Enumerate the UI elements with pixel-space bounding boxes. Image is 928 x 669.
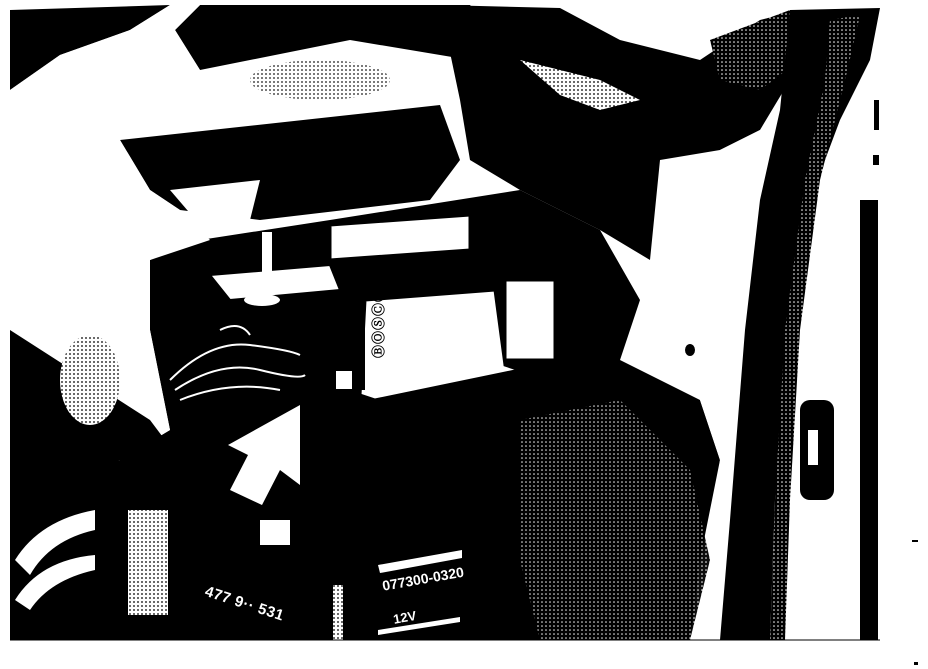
side-trim [860,200,878,640]
relay-upper-label: ⒷⓄⓈⒸⒽ [368,288,387,358]
relay-photo [0,0,928,669]
